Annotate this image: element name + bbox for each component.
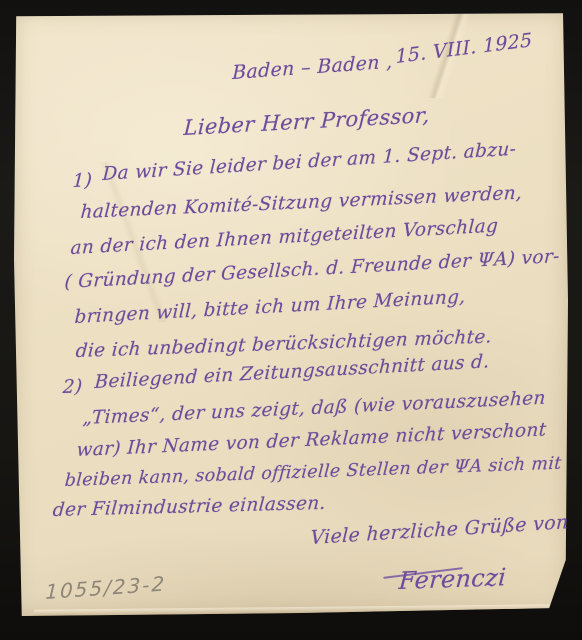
paper-bottom-edge — [34, 604, 559, 616]
paragraph-1-marker: 1) — [72, 170, 93, 192]
scan-background: Baden – Baden , 15. VIII. 1925 Lieber He… — [0, 0, 582, 640]
signature: Ferenczi — [398, 563, 507, 595]
paragraph-2-marker: 2) — [62, 376, 83, 398]
